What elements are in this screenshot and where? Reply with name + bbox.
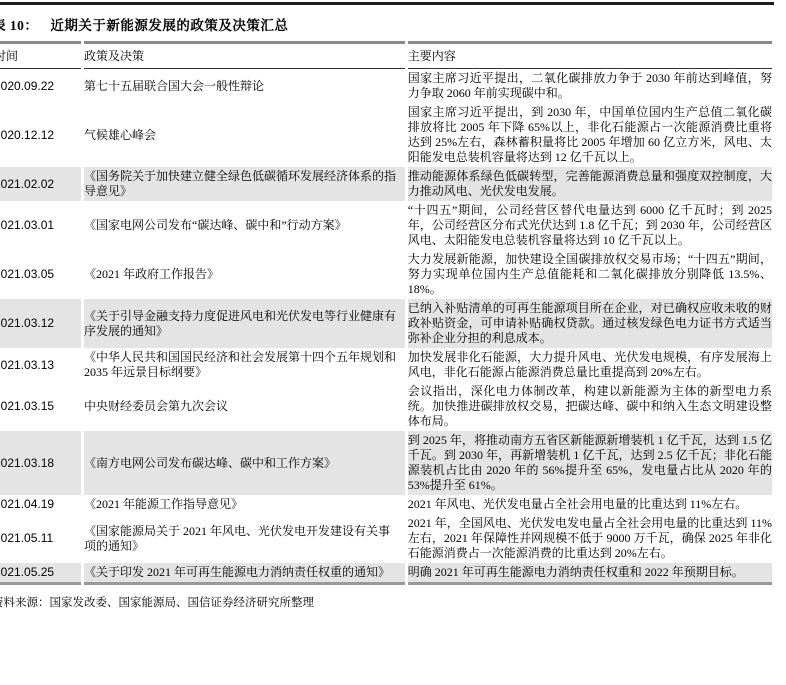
table-row: 2021.02.02《国务院关于加快建立健全绿色低碳循环发展经济体系的指导意见》… (0, 167, 772, 201)
row-policy-cell: 《2021 年政府工作报告》 (84, 250, 405, 299)
column-header-time: 时间 (0, 41, 81, 69)
row-content-cell: 国家主席习近平提出，到 2030 年，中国单位国内生产总值二氧化碳排放将比 20… (408, 103, 772, 167)
row-policy-cell: 《国家电网公司发布“碳达峰、碳中和”行动方案》 (84, 201, 405, 250)
row-date-cell: 2021.03.18 (0, 431, 81, 495)
row-date-cell: 2021.03.15 (0, 382, 81, 431)
table-row: 2021.03.01《国家电网公司发布“碳达峰、碳中和”行动方案》“十四五”期间… (0, 201, 772, 250)
column-header-policy: 政策及决策 (84, 41, 405, 69)
report-page: 表 10：近期关于新能源发展的政策及决策汇总 时间 政策及决策 主要内容 202… (0, 2, 786, 610)
table-row: 2021.05.25《关于印发 2021 年可再生能源电力消纳责任权重的通知》明… (0, 563, 772, 585)
row-date-cell: 2020.09.22 (0, 69, 81, 103)
row-date-cell: 2021.02.02 (0, 167, 81, 201)
row-content-cell: 到 2025 年，将推动南方五省区新能源新增装机 1 亿千瓦，达到 1.5 亿千… (408, 431, 772, 495)
row-date-cell: 2021.05.11 (0, 514, 81, 563)
table-row: 2021.04.19《2021 年能源工作指导意见》2021 年风电、光伏发电量… (0, 495, 772, 514)
header-row: 时间 政策及决策 主要内容 (0, 41, 772, 69)
row-policy-cell: 《关于印发 2021 年可再生能源电力消纳责任权重的通知》 (84, 563, 405, 585)
row-content-cell: 大力发展新能源，加快建设全国碳排放权交易市场；“十四五”期间，努力实现单位国内生… (408, 250, 772, 299)
table-row: 2021.03.13《中华人民共和国国民经济和社会发展第十四个五年规划和 203… (0, 348, 772, 382)
row-policy-cell: 中央财经委员会第九次会议 (84, 382, 405, 431)
row-content-cell: “十四五”期间，公司经营区替代电量达到 6000 亿千瓦时；到 2025 年，公… (408, 201, 772, 250)
row-date-cell: 2021.04.19 (0, 495, 81, 514)
table-row: 2021.03.18《南方电网公司发布碳达峰、碳中和工作方案》到 2025 年，… (0, 431, 772, 495)
row-date-cell: 2020.12.12 (0, 103, 81, 167)
row-policy-cell: 《关于引导金融支持力度促进风电和光伏发电等行业健康有序发展的通知》 (84, 299, 405, 348)
policy-table: 时间 政策及决策 主要内容 2020.09.22第七十五届联合国大会一般性辩论国… (0, 41, 775, 585)
row-policy-cell: 《2021 年能源工作指导意见》 (84, 495, 405, 514)
table-row: 2020.09.22第七十五届联合国大会一般性辩论国家主席习近平提出，二氧化碳排… (0, 69, 772, 103)
table-row: 2021.03.12《关于引导金融支持力度促进风电和光伏发电等行业健康有序发展的… (0, 299, 772, 348)
row-date-cell: 2021.05.25 (0, 563, 81, 585)
row-policy-cell: 《国家能源局关于 2021 年风电、光伏发电开发建设有关事项的通知》 (84, 514, 405, 563)
row-policy-cell: 第七十五届联合国大会一般性辩论 (84, 69, 405, 103)
row-content-cell: 加快发展非化石能源，大力提升风电、光伏发电规模，有序发展海上风电，非化石能源占能… (408, 348, 772, 382)
row-policy-cell: 《国务院关于加快建立健全绿色低碳循环发展经济体系的指导意见》 (84, 167, 405, 201)
row-content-cell: 已纳入补贴清单的可再生能源项目所在企业，对已确权应收未收的财政补贴资金，可申请补… (408, 299, 772, 348)
row-date-cell: 2021.03.01 (0, 201, 81, 250)
row-date-cell: 2021.03.05 (0, 250, 81, 299)
row-policy-cell: 气候雄心峰会 (84, 103, 405, 167)
row-content-cell: 国家主席习近平提出，二氧化碳排放力争于 2030 年前达到峰值，努力争取 206… (408, 69, 772, 103)
source-note: 资料来源：国家发改委、国家能源局、国信证券经济研究所整理 (0, 594, 786, 610)
row-content-cell: 2021 年风电、光伏发电量占全社会用电量的比重达到 11%左右。 (408, 495, 772, 514)
page-top-rule (0, 2, 774, 5)
row-content-cell: 明确 2021 年可再生能源电力消纳责任权重和 2022 年预期目标。 (408, 563, 772, 585)
column-header-content: 主要内容 (408, 41, 772, 69)
row-date-cell: 2021.03.13 (0, 348, 81, 382)
row-policy-cell: 《南方电网公司发布碳达峰、碳中和工作方案》 (84, 431, 405, 495)
row-content-cell: 2021 年，全国风电、光伏发电发电量占全社会用电量的比重达到 11%左右，20… (408, 514, 772, 563)
row-policy-cell: 《中华人民共和国国民经济和社会发展第十四个五年规划和 2035 年远景目标纲要》 (84, 348, 405, 382)
table-title: 表 10：近期关于新能源发展的政策及决策汇总 (0, 14, 786, 34)
row-content-cell: 会议指出，深化电力体制改革，构建以新能源为主体的新型电力系统。加快推进碳排放权交… (408, 382, 772, 431)
table-row: 2021.05.11《国家能源局关于 2021 年风电、光伏发电开发建设有关事项… (0, 514, 772, 563)
row-date-cell: 2021.03.12 (0, 299, 81, 348)
row-content-cell: 推动能源体系绿色低碳转型，完善能源消费总量和强度双控制度，大力推动风电、光伏发电… (408, 167, 772, 201)
table-title-text: 近期关于新能源发展的政策及决策汇总 (50, 18, 288, 33)
table-row: 2021.03.15中央财经委员会第九次会议会议指出，深化电力体制改革，构建以新… (0, 382, 772, 431)
table-number-label: 表 10： (0, 18, 38, 33)
table-row: 2020.12.12气候雄心峰会国家主席习近平提出，到 2030 年，中国单位国… (0, 103, 772, 167)
table-row: 2021.03.05《2021 年政府工作报告》大力发展新能源，加快建设全国碳排… (0, 250, 772, 299)
